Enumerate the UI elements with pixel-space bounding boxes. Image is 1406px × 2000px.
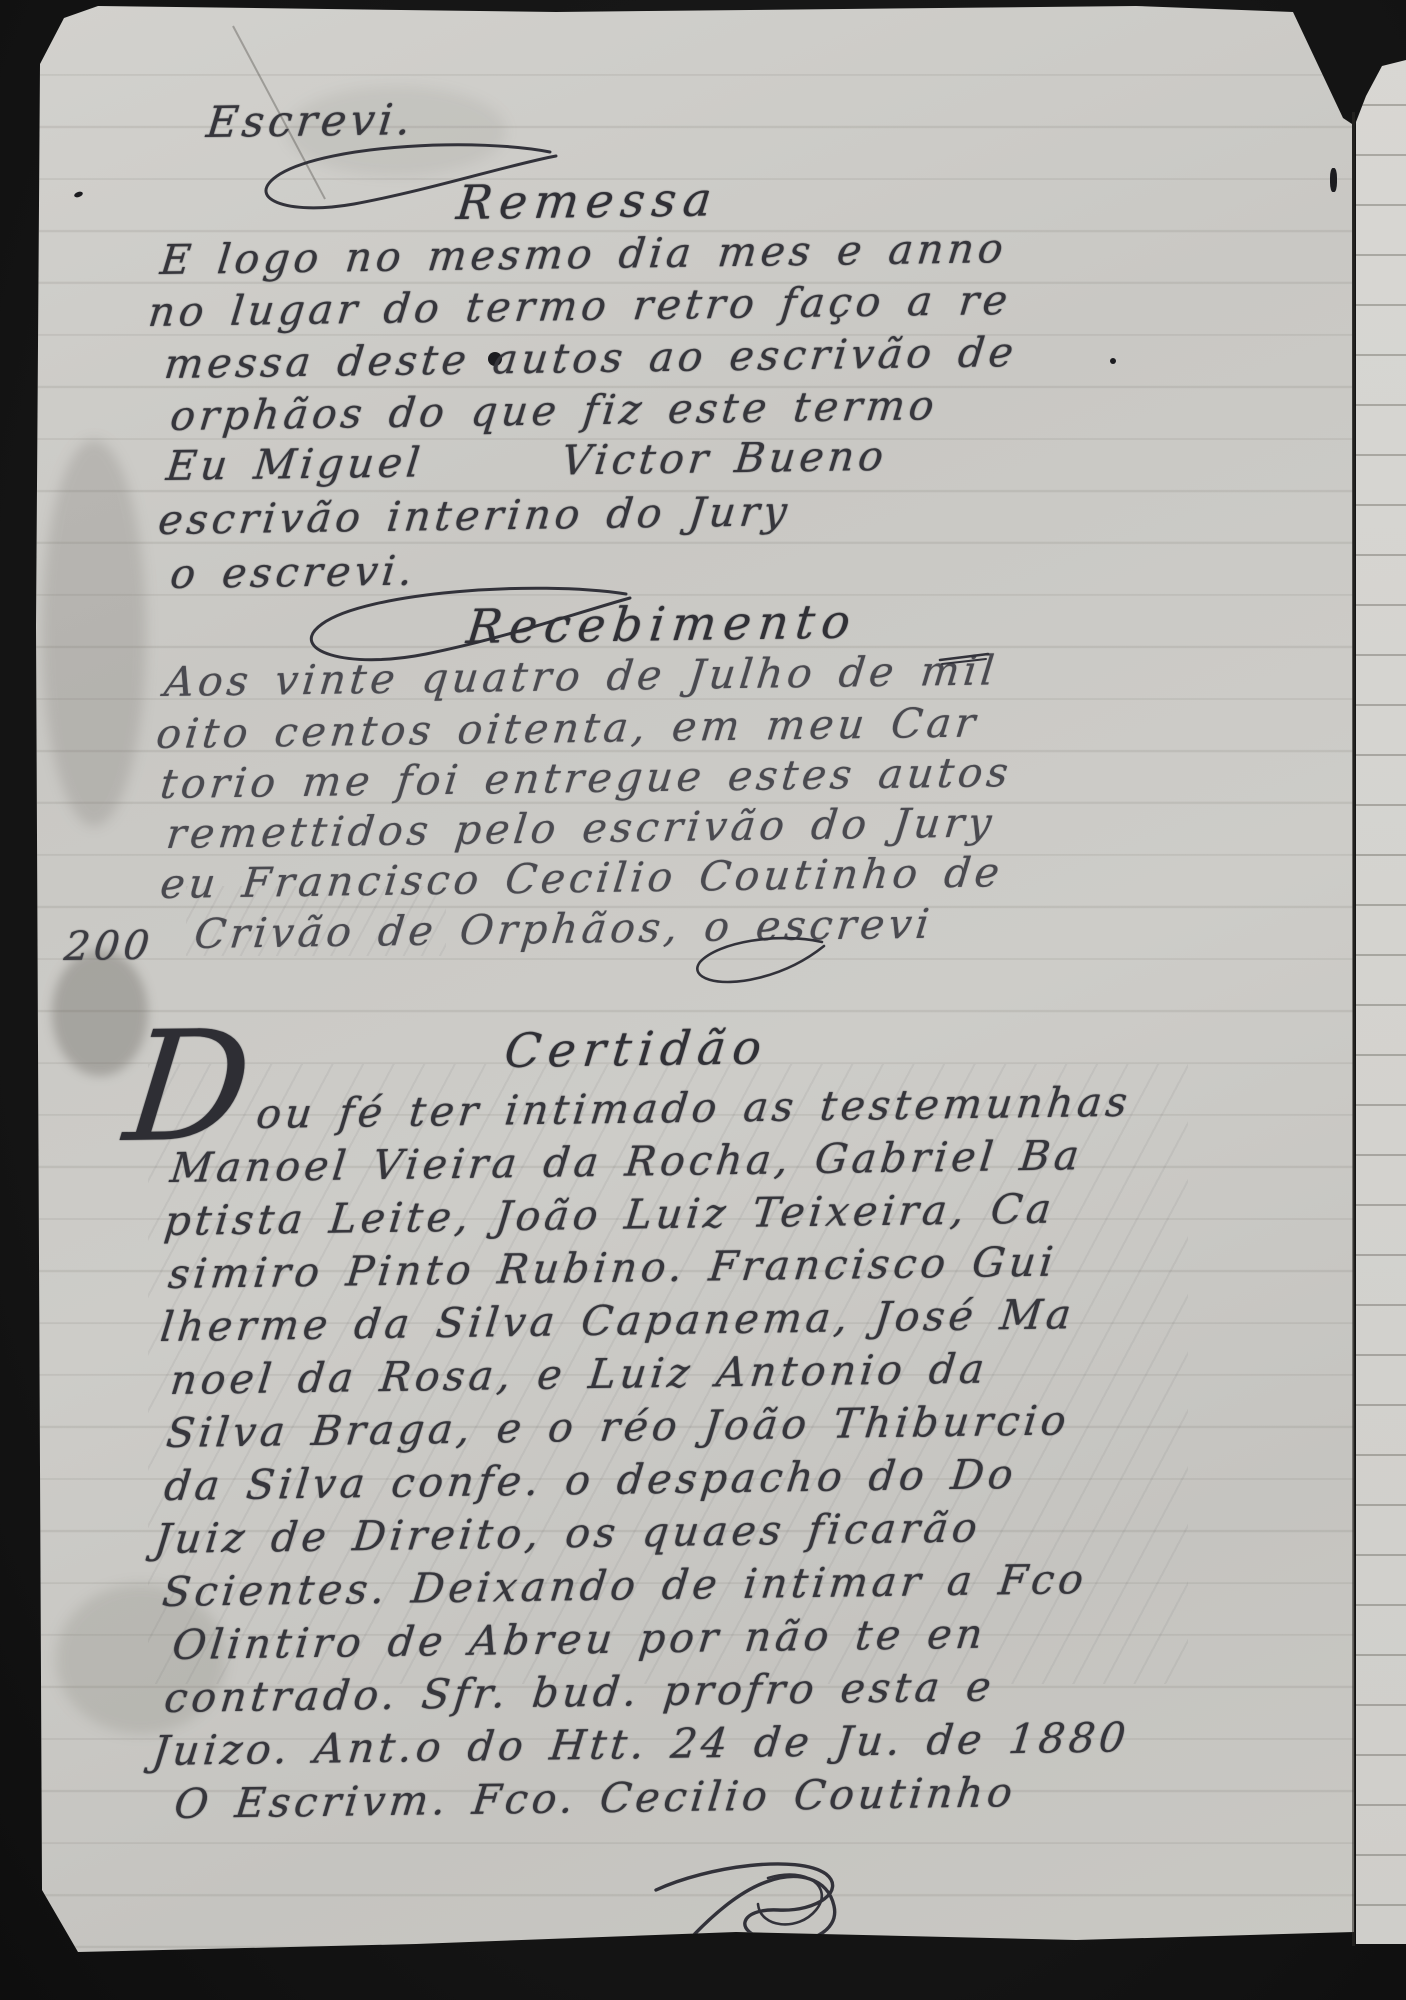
drop-cap-initial: D — [120, 1018, 261, 1157]
page-edge-shadow — [1352, 112, 1355, 1946]
ink-speck — [1110, 358, 1116, 364]
manuscript-line: escrivão interino do Jury — [156, 487, 793, 544]
manuscript-line: Eu Miguel Victor Bueno — [164, 432, 890, 490]
ink-speck — [1330, 168, 1337, 192]
ruled-lines-overlay — [1356, 0, 1406, 1946]
section-heading-recebimento: Recebimento — [464, 595, 860, 655]
marginal-number: 200 — [62, 923, 156, 970]
manuscript-page: Escrevi. Remessa E logo no mesmo dia mes… — [36, 6, 1358, 1952]
pen-flourish — [688, 934, 828, 994]
pen-dash-mark — [938, 650, 990, 666]
stain — [42, 440, 146, 826]
signature-rubric-flourish — [648, 1848, 848, 1968]
section-heading-remessa: Remessa — [454, 172, 721, 231]
section-heading-certidao: Certidão — [502, 1020, 771, 1079]
adjacent-page-edge — [1356, 0, 1406, 1946]
scan-background: Escrevi. Remessa E logo no mesmo dia mes… — [0, 0, 1406, 2000]
